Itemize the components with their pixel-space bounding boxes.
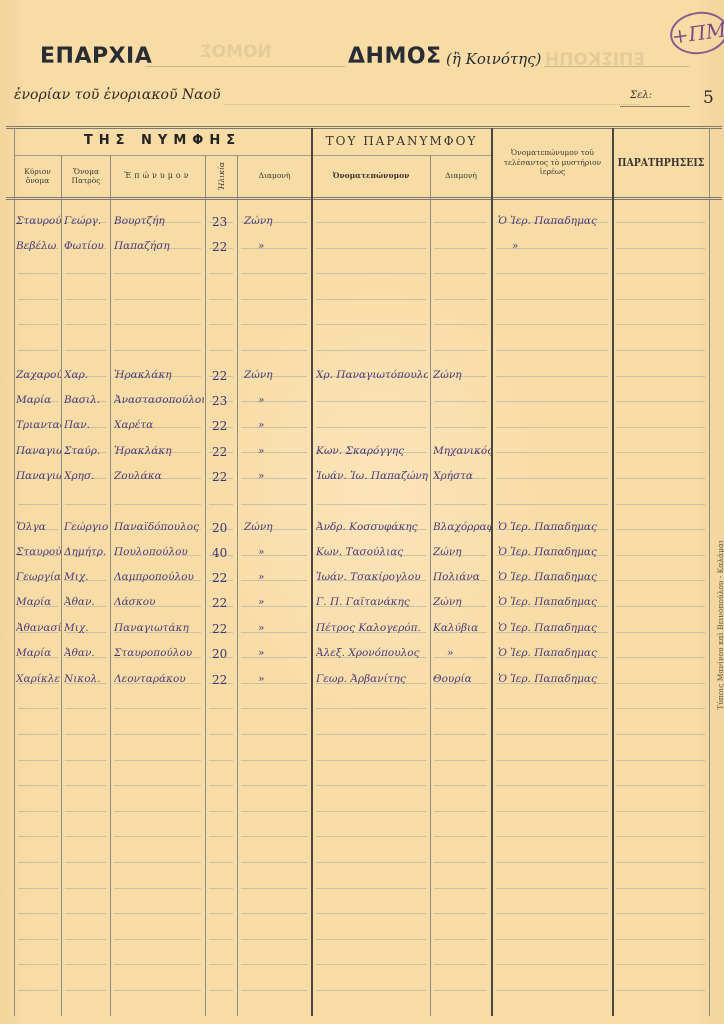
page-number: 5	[703, 88, 714, 108]
row-rule	[496, 504, 608, 505]
col-header-age-wrap: Ἡλικία	[206, 155, 237, 197]
row-rule	[616, 683, 705, 684]
col-header-remarks: ΠΑΡΑΤΗΡΗΣΕΙΣ	[620, 128, 702, 197]
row-rule	[209, 760, 233, 761]
cell-first-name: Μαρία	[16, 394, 61, 406]
row-rule	[616, 606, 705, 607]
row-rule	[616, 555, 705, 556]
row-rule	[209, 990, 233, 991]
cell-groomsman-name: Ἰωάν. Ἰω. Παπαζώνης	[316, 470, 428, 482]
cell-age: 40	[212, 546, 236, 560]
ink-stamp: +ΠΜ	[667, 8, 724, 58]
cell-age: 22	[212, 419, 236, 433]
row-rule	[18, 324, 58, 325]
cell-groomsman-name: Κων. Τασούλιας	[316, 546, 428, 558]
cell-surname: Σταυροπούλου	[114, 647, 204, 659]
row-rule	[496, 376, 608, 377]
col-header-first-name: Κύριον ὄνομα	[14, 155, 61, 197]
row-rule	[18, 734, 58, 735]
row-rule	[616, 427, 705, 428]
province-fill-line	[145, 66, 345, 67]
row-rule	[616, 504, 705, 505]
row-rule	[434, 836, 487, 837]
row-rule	[241, 299, 307, 300]
row-rule	[496, 273, 608, 274]
row-rule	[114, 913, 201, 914]
row-rule	[616, 990, 705, 991]
cell-first-name: Γεωργία	[16, 571, 61, 583]
row-rule	[65, 504, 106, 505]
row-rule	[434, 862, 487, 863]
groomsman-group-header: ΤΟΥ ΠΑΡΑΝΥΜΦΟΥ	[312, 128, 491, 155]
cell-officiant: Ὁ Ἱερ. Παπαδημας	[498, 647, 610, 659]
row-rule	[616, 324, 705, 325]
row-rule	[18, 836, 58, 837]
row-rule	[65, 708, 106, 709]
row-rule	[241, 734, 307, 735]
cell-residence: Ζώνη	[244, 215, 308, 227]
cell-residence: »	[244, 546, 308, 558]
row-rule	[316, 299, 426, 300]
row-rule	[114, 273, 201, 274]
cell-father-name: Παν.	[64, 419, 109, 431]
cell-residence: »	[244, 419, 308, 431]
cell-father-name: Μιχ.	[64, 571, 109, 583]
row-rule	[616, 478, 705, 479]
cell-officiant: Ὁ Ἱερ. Παπαδημας	[498, 571, 610, 583]
row-rule	[241, 939, 307, 940]
cell-officiant: »	[498, 240, 610, 252]
page-label: Σελ:	[630, 90, 652, 101]
cell-groomsman-name: Κων. Σκαρόγγης	[316, 445, 428, 457]
row-rule	[209, 836, 233, 837]
cell-groomsman-residence: Ζώνη	[433, 596, 491, 608]
row-rule	[496, 760, 608, 761]
row-rule	[616, 708, 705, 709]
header-bottom-border	[6, 197, 722, 200]
row-rule	[434, 248, 487, 249]
row-rule	[114, 504, 201, 505]
cell-age: 22	[212, 622, 236, 636]
cell-groomsman-name: Χρ. Παναγιωτόπουλος	[316, 369, 428, 381]
cell-father-name: Μιχ.	[64, 622, 109, 634]
row-rule	[316, 836, 426, 837]
row-rule	[18, 964, 58, 965]
row-rule	[434, 913, 487, 914]
cell-residence: »	[244, 470, 308, 482]
row-rule	[18, 862, 58, 863]
row-rule	[496, 427, 608, 428]
cell-residence: »	[244, 571, 308, 583]
cell-age: 20	[212, 521, 236, 535]
cell-first-name: Παναγιώτα	[16, 445, 61, 457]
row-rule	[316, 913, 426, 914]
cell-surname: Λάσκου	[114, 596, 204, 608]
row-rule	[114, 964, 201, 965]
cell-first-name: Ζαχαρούλα	[16, 369, 61, 381]
cell-groomsman-residence: Καλύβια	[433, 622, 491, 634]
row-rule	[209, 708, 233, 709]
row-rule	[316, 990, 426, 991]
row-rule	[241, 273, 307, 274]
row-rule	[616, 888, 705, 889]
cell-first-name: Μαρία	[16, 596, 61, 608]
cell-first-name: Χαρίκλεια	[16, 673, 61, 685]
cell-residence: »	[244, 622, 308, 634]
row-rule	[65, 734, 106, 735]
cell-groomsman-residence: Πολιάνα	[433, 571, 491, 583]
row-rule	[616, 939, 705, 940]
row-rule	[241, 708, 307, 709]
cell-first-name: Σταυρούλα	[16, 215, 61, 227]
municipality-fill-line	[544, 66, 689, 67]
row-rule	[18, 990, 58, 991]
col-header-age: Ἡλικία	[217, 162, 226, 190]
row-rule	[209, 913, 233, 914]
row-rule	[241, 324, 307, 325]
parish-fill-line	[225, 104, 640, 105]
row-rule	[18, 811, 58, 812]
bride-group-header: ΤΗΣ ΝΥΜΦΗΣ	[14, 128, 311, 155]
row-rule	[316, 273, 426, 274]
row-rule	[496, 862, 608, 863]
row-rule	[65, 273, 106, 274]
col-border-6	[430, 155, 431, 1016]
row-rule	[18, 504, 58, 505]
row-rule	[316, 222, 426, 223]
row-rule	[316, 427, 426, 428]
row-rule	[316, 734, 426, 735]
row-rule	[65, 350, 106, 351]
row-rule	[434, 504, 487, 505]
row-rule	[316, 785, 426, 786]
row-rule	[65, 888, 106, 889]
row-rule	[616, 760, 705, 761]
row-rule	[316, 708, 426, 709]
row-rule	[209, 504, 233, 505]
col-header-father-name: Ὄνομα Πατρὸς	[62, 155, 110, 197]
cell-officiant: Ὁ Ἱερ. Παπαδημας	[498, 673, 610, 685]
cell-surname: Ἠρακλάκη	[114, 369, 204, 381]
cell-groomsman-name: Ἀλεξ. Χρονόπουλος	[316, 647, 428, 659]
row-rule	[616, 299, 705, 300]
cell-father-name: Ἀθαν.	[64, 596, 109, 608]
row-rule	[496, 708, 608, 709]
row-rule	[316, 939, 426, 940]
cell-first-name: Τριανταφυλλιά	[16, 419, 61, 431]
row-rule	[496, 964, 608, 965]
cell-father-name: Χρησ.	[64, 470, 109, 482]
community-label: (ἢ Κοινότης)	[446, 50, 541, 68]
cell-surname: Χαρέτα	[114, 419, 204, 431]
cell-surname: Λεονταράκου	[114, 673, 204, 685]
cell-surname: Παναϊδόπουλος	[114, 521, 204, 533]
row-rule	[209, 785, 233, 786]
row-rule	[316, 811, 426, 812]
cell-age: 20	[212, 647, 236, 661]
col-header-officiant: Ὀνοματεπώνυμον τοῦ τελέσαντος τὸ μυστήρι…	[493, 128, 612, 197]
cell-officiant: Ὁ Ἱερ. Παπαδημας	[498, 546, 610, 558]
row-rule	[434, 273, 487, 274]
row-rule	[496, 913, 608, 914]
cell-groomsman-name: Ἀνδρ. Κοσσυφάκης	[316, 521, 428, 533]
col-header-surname: Ἐπώνυμον	[111, 155, 205, 197]
row-rule	[434, 324, 487, 325]
row-rule	[616, 862, 705, 863]
row-rule	[434, 811, 487, 812]
row-rule	[209, 299, 233, 300]
row-rule	[18, 708, 58, 709]
row-rule	[434, 939, 487, 940]
col-header-groomsman-residence: Διαμονὴ	[431, 155, 491, 197]
cell-surname: Ἡρακλάκη	[114, 445, 204, 457]
col-border-1	[61, 155, 62, 1016]
row-rule	[616, 248, 705, 249]
cell-officiant: Ὁ Ἱερ. Παπαδημας	[498, 596, 610, 608]
row-rule	[209, 273, 233, 274]
row-rule	[316, 324, 426, 325]
cell-surname: Ἀναστασοπούλου	[114, 394, 204, 406]
row-rule	[241, 990, 307, 991]
page-fill-line	[620, 106, 690, 107]
row-rule	[114, 862, 201, 863]
row-rule	[209, 964, 233, 965]
row-rule	[209, 324, 233, 325]
cell-surname: Πουλοπούλου	[114, 546, 204, 558]
row-rule	[65, 990, 106, 991]
row-rule	[496, 401, 608, 402]
cell-first-name: Ὄλγα	[16, 521, 61, 533]
cell-age: 22	[212, 470, 236, 484]
cell-age: 22	[212, 240, 236, 254]
col-border-right	[709, 128, 710, 1016]
col-border-8	[612, 128, 614, 1016]
row-rule	[114, 324, 201, 325]
row-rule	[316, 401, 426, 402]
row-rule	[316, 888, 426, 889]
row-rule	[434, 222, 487, 223]
row-rule	[209, 811, 233, 812]
row-rule	[65, 964, 106, 965]
row-rule	[209, 888, 233, 889]
cell-father-name: Δημήτρ.	[64, 546, 109, 558]
cell-officiant: Ὁ Ἱερ. Παπαδημας	[498, 622, 610, 634]
cell-age: 22	[212, 596, 236, 610]
cell-surname: Βουρτζήη	[114, 215, 204, 227]
row-rule	[616, 734, 705, 735]
row-rule	[316, 504, 426, 505]
cell-groomsman-residence: Χρήστα	[433, 470, 491, 482]
row-rule	[616, 657, 705, 658]
ghost-print-episkopi: ΕΠΙΣΚΟΠΗ	[545, 50, 645, 70]
row-rule	[434, 964, 487, 965]
row-rule	[209, 862, 233, 863]
row-rule	[616, 222, 705, 223]
col-header-residence: Διαμονὴ	[238, 155, 311, 197]
row-rule	[114, 734, 201, 735]
row-rule	[434, 427, 487, 428]
cell-age: 22	[212, 673, 236, 687]
col-header-groomsman-name: Ὀνοματεπώνυμον	[312, 155, 430, 197]
cell-residence: »	[244, 673, 308, 685]
row-rule	[241, 862, 307, 863]
row-rule	[496, 299, 608, 300]
row-rule	[241, 964, 307, 965]
row-rule	[114, 708, 201, 709]
cell-father-name: Βασιλ.	[64, 394, 109, 406]
row-rule	[616, 529, 705, 530]
row-rule	[496, 350, 608, 351]
province-label: ΕΠΑΡΧΙΑ	[40, 44, 152, 69]
row-rule	[18, 785, 58, 786]
row-rule	[434, 401, 487, 402]
col-border-2	[110, 155, 111, 1016]
cell-first-name: Σταυρούλα	[16, 546, 61, 558]
cell-father-name: Νικολ.	[64, 673, 109, 685]
cell-surname: Παπαζήση	[114, 240, 204, 252]
row-rule	[434, 760, 487, 761]
parish-label: ἐνορίαν τοῦ ἐνοριακοῦ Ναοῦ	[14, 87, 221, 103]
row-rule	[496, 990, 608, 991]
cell-age: 22	[212, 445, 236, 459]
row-rule	[616, 785, 705, 786]
row-rule	[114, 811, 201, 812]
cell-groomsman-name: Πέτρος Καλογερόπ.	[316, 622, 428, 634]
cell-residence: Ζώνη	[244, 521, 308, 533]
cell-age: 23	[212, 215, 236, 229]
col-border-7	[491, 128, 493, 1016]
cell-age: 23	[212, 394, 236, 408]
row-rule	[209, 734, 233, 735]
row-rule	[616, 836, 705, 837]
municipality-label: ΔΗΜΟΣ	[348, 44, 442, 69]
row-rule	[496, 478, 608, 479]
cell-officiant: Ὁ Ἱερ. Παπαδημας	[498, 521, 610, 533]
row-rule	[18, 913, 58, 914]
row-rule	[434, 785, 487, 786]
col-border-left	[14, 128, 15, 1016]
cell-residence: Ζώνη	[244, 369, 308, 381]
row-rule	[209, 939, 233, 940]
row-rule	[18, 273, 58, 274]
row-rule	[65, 760, 106, 761]
row-rule	[114, 990, 201, 991]
row-rule	[616, 452, 705, 453]
cell-residence: »	[244, 647, 308, 659]
row-rule	[65, 913, 106, 914]
row-rule	[434, 990, 487, 991]
row-rule	[114, 888, 201, 889]
row-rule	[114, 350, 201, 351]
row-rule	[496, 324, 608, 325]
cell-first-name: Μαρία	[16, 647, 61, 659]
row-rule	[316, 760, 426, 761]
cell-groomsman-residence: Μηχανικός	[433, 445, 491, 457]
row-rule	[496, 811, 608, 812]
row-rule	[616, 350, 705, 351]
cell-groomsman-name: Γ. Π. Γαϊτανάκης	[316, 596, 428, 608]
cell-age: 22	[212, 571, 236, 585]
cell-first-name: Παναγιώτα	[16, 470, 61, 482]
cell-father-name: Σταύρ.	[64, 445, 109, 457]
row-rule	[241, 785, 307, 786]
row-rule	[241, 811, 307, 812]
row-rule	[316, 248, 426, 249]
row-rule	[65, 785, 106, 786]
cell-first-name: Βεβέλω	[16, 240, 61, 252]
row-rule	[496, 452, 608, 453]
row-rule	[65, 939, 106, 940]
cell-residence: »	[244, 445, 308, 457]
cell-residence: »	[244, 240, 308, 252]
cell-groomsman-residence: Ζώνη	[433, 546, 491, 558]
row-rule	[316, 862, 426, 863]
cell-surname: Λαμπροπούλου	[114, 571, 204, 583]
row-rule	[18, 350, 58, 351]
row-rule	[434, 350, 487, 351]
row-rule	[114, 760, 201, 761]
row-rule	[65, 299, 106, 300]
row-rule	[316, 964, 426, 965]
row-rule	[114, 299, 201, 300]
row-rule	[209, 350, 233, 351]
row-rule	[496, 939, 608, 940]
row-rule	[18, 939, 58, 940]
cell-surname: Ζουλάκα	[114, 470, 204, 482]
cell-surname: Παναγιωτάκη	[114, 622, 204, 634]
stamp-text: +ΠΜ	[670, 17, 724, 48]
row-rule	[616, 632, 705, 633]
cell-groomsman-residence: Ζώνη	[433, 369, 491, 381]
row-rule	[18, 299, 58, 300]
row-rule	[496, 836, 608, 837]
row-rule	[616, 913, 705, 914]
cell-first-name: Ἀθανασία	[16, 622, 61, 634]
row-rule	[241, 504, 307, 505]
row-rule	[241, 836, 307, 837]
row-rule	[616, 964, 705, 965]
col-border-5	[311, 128, 313, 1016]
cell-officiant: Ὁ Ἱερ. Παπαδημας	[498, 215, 610, 227]
row-rule	[241, 760, 307, 761]
row-rule	[65, 324, 106, 325]
row-rule	[496, 734, 608, 735]
col-border-4	[237, 155, 238, 1016]
row-rule	[434, 734, 487, 735]
row-rule	[114, 939, 201, 940]
cell-father-name: Γεώργ.	[64, 215, 109, 227]
cell-father-name: Ἀθαν.	[64, 647, 109, 659]
row-rule	[65, 811, 106, 812]
row-rule	[434, 708, 487, 709]
row-rule	[241, 888, 307, 889]
row-rule	[18, 888, 58, 889]
row-rule	[616, 273, 705, 274]
row-rule	[18, 760, 58, 761]
row-rule	[434, 299, 487, 300]
row-rule	[616, 376, 705, 377]
cell-groomsman-name: Ἰωάν. Τσακίρογλου	[316, 571, 428, 583]
cell-father-name: Γεώργιος	[64, 521, 109, 533]
row-rule	[241, 350, 307, 351]
row-rule	[114, 836, 201, 837]
row-rule	[616, 401, 705, 402]
cell-residence: »	[244, 596, 308, 608]
col-border-3	[205, 155, 206, 1016]
cell-groomsman-residence: Βλαχόρραφτη	[433, 521, 491, 533]
printer-imprint: Τύποις Μανίνου καὶ Βεινοπούλου - Καλάμαι	[716, 540, 724, 710]
row-rule	[241, 913, 307, 914]
